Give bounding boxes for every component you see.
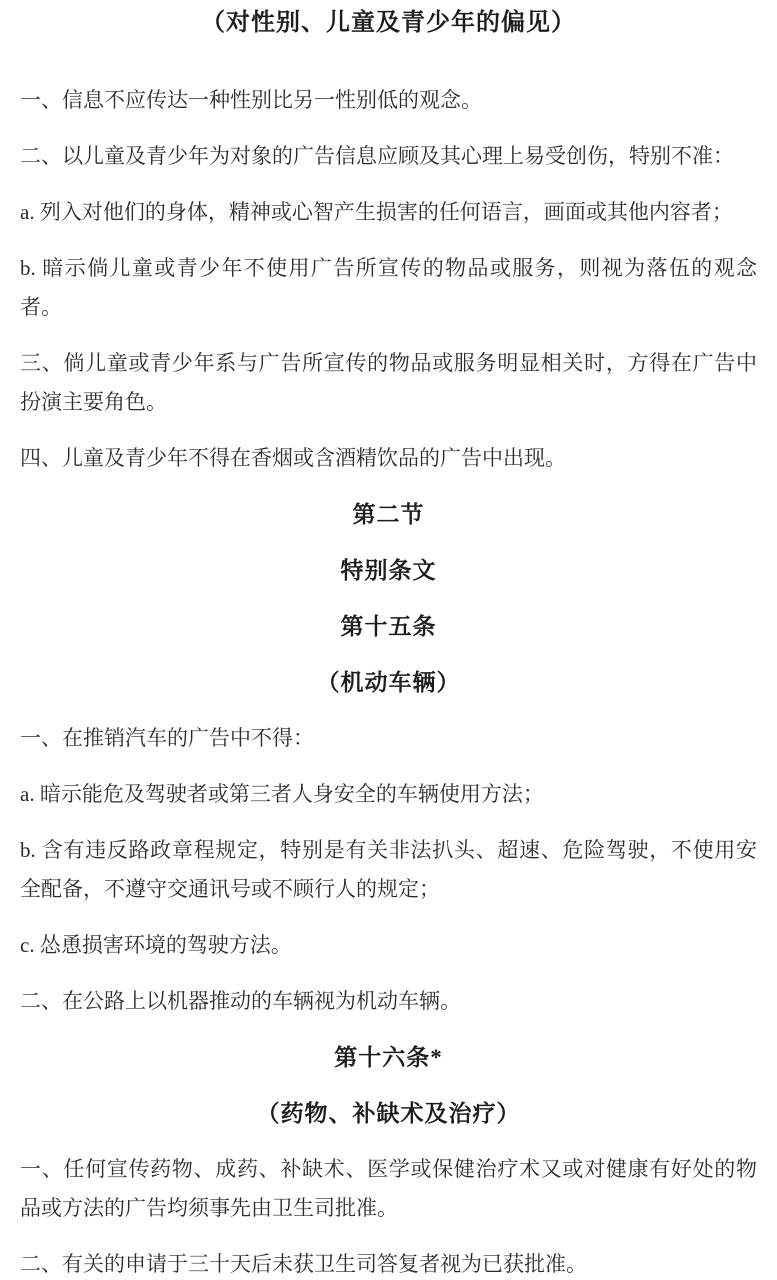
doc-paragraph: a. 列入对他们的身体，精神或心智产生损害的任何语言，画面或其他内容者； bbox=[20, 193, 757, 232]
doc-paragraph: 二、有关的申请于三十天后未获卫生司答复者视为已获批准。 bbox=[20, 1245, 757, 1280]
doc-line: 全配备，不遵守交通讯号或不顾行人的规定； bbox=[20, 870, 757, 909]
doc-line: 扮演主要角色。 bbox=[20, 383, 757, 422]
doc-paragraph: 一、信息不应传达一种性别比另一性别低的观念。 bbox=[20, 81, 757, 120]
doc-line: 三、倘儿童或青少年系与广告所宣传的物品或服务明显相关时，方得在广告中 bbox=[20, 344, 757, 383]
article-subject-heading: （药物、补缺术及治疗） bbox=[20, 1094, 757, 1133]
doc-paragraph: a. 暗示能危及驾驶者或第三者人身安全的车辆使用方法； bbox=[20, 775, 757, 814]
article-subject-heading: （机动车辆） bbox=[20, 663, 757, 702]
doc-line: 者。 bbox=[20, 288, 757, 327]
doc-paragraph: c. 怂恿损害环境的驾驶方法。 bbox=[20, 926, 757, 965]
doc-line: b. 暗示倘儿童或青少年不使用广告所宣传的物品或服务，则视为落伍的观念 bbox=[20, 249, 757, 288]
section-number-heading: 第二节 bbox=[20, 495, 757, 534]
article-number-heading: 第十六条* bbox=[20, 1038, 757, 1077]
doc-line: b. 含有违反路政章程规定，特别是有关非法扒头、超速、危险驾驶，不使用安 bbox=[20, 831, 757, 870]
doc-paragraph: 四、儿童及青少年不得在香烟或含酒精饮品的广告中出现。 bbox=[20, 439, 757, 478]
section-title-heading: 特别条文 bbox=[20, 551, 757, 590]
doc-paragraph: 二、在公路上以机器推动的车辆视为机动车辆。 bbox=[20, 982, 757, 1021]
doc-line: 一、任何宣传药物、成药、补缺术、医学或保健治疗术又或对健康有好处的物 bbox=[20, 1150, 757, 1189]
doc-paragraph: b. 暗示倘儿童或青少年不使用广告所宣传的物品或服务，则视为落伍的观念 者。 bbox=[20, 249, 757, 327]
section-subject-heading: （对性别、儿童及青少年的偏见） bbox=[20, 4, 757, 43]
doc-paragraph: 二、以儿童及青少年为对象的广告信息应顾及其心理上易受创伤，特别不准： bbox=[20, 137, 757, 176]
document-page: （对性别、儿童及青少年的偏见） 一、信息不应传达一种性别比另一性别低的观念。 二… bbox=[0, 0, 777, 1280]
doc-paragraph: b. 含有违反路政章程规定，特别是有关非法扒头、超速、危险驾驶，不使用安 全配备… bbox=[20, 831, 757, 909]
article-number-heading: 第十五条 bbox=[20, 607, 757, 646]
doc-paragraph: 一、任何宣传药物、成药、补缺术、医学或保健治疗术又或对健康有好处的物 品或方法的… bbox=[20, 1150, 757, 1228]
doc-paragraph: 三、倘儿童或青少年系与广告所宣传的物品或服务明显相关时，方得在广告中 扮演主要角… bbox=[20, 344, 757, 422]
doc-paragraph: 一、在推销汽车的广告中不得： bbox=[20, 719, 757, 758]
doc-line: 品或方法的广告均须事先由卫生司批准。 bbox=[20, 1189, 757, 1228]
